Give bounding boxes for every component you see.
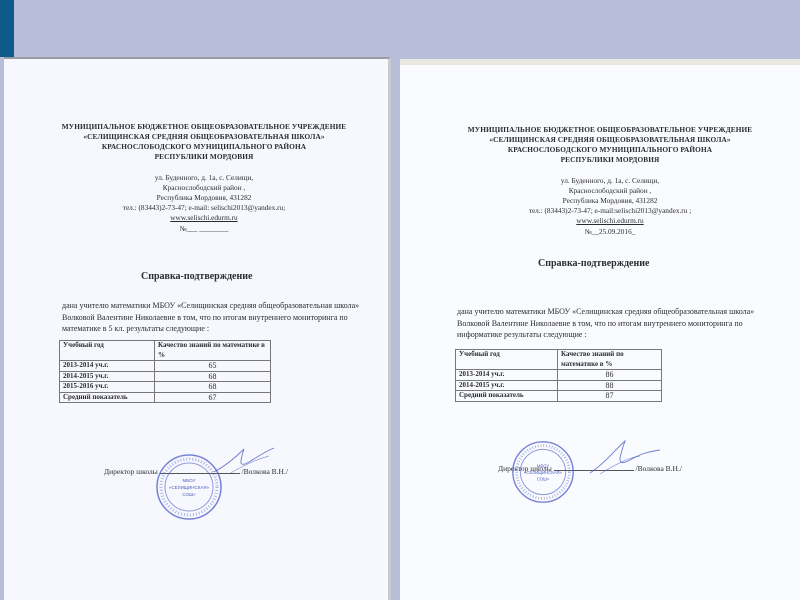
table-cell-value: 67 (155, 392, 271, 403)
table-row: 2014-2015 уч.г. 88 (456, 380, 662, 391)
table-cell-value: 68 (155, 382, 271, 393)
document-title: Справка-подтверждение (538, 258, 649, 269)
table-cell-value: 86 (558, 370, 662, 381)
table-row: 2014-2015 уч.г. 68 (60, 371, 271, 382)
document-body: дана учителю математики МБОУ «Селищинска… (62, 300, 382, 335)
table-cell-year: 2013-2014 уч.г. (60, 361, 155, 372)
table-row: Средний показатель 87 (456, 391, 662, 402)
institution-header: МУНИЦИПАЛЬНОЕ БЮДЖЕТНОЕ ОБЩЕОБРАЗОВАТЕЛЬ… (44, 122, 364, 162)
address-line: Краснослободский район , (44, 183, 364, 193)
header-line: РЕСПУБЛИКИ МОРДОВИЯ (44, 152, 364, 162)
table-cell-year: 2014-2015 уч.г. (456, 380, 558, 391)
table-cell-value: 65 (155, 361, 271, 372)
table-row: Средний показатель 67 (60, 392, 271, 403)
svg-text:МБОУ: МБОУ (537, 463, 549, 468)
address-line: ул. Буденного, д. 1а, с. Селищи, (44, 173, 364, 183)
handwritten-signature-icon (209, 444, 279, 479)
svg-text:МБОУ: МБОУ (183, 478, 196, 483)
address-line: Республика Мордовия, 431282 (450, 196, 770, 206)
svg-text:СОШ»: СОШ» (182, 492, 196, 497)
document-number: №___ ________ (44, 224, 364, 234)
address-line: тел.: (83443)2-73-47; e-mail:selischi201… (450, 206, 770, 216)
address-line: тел.: (83443)2-73-47; e-mail: selischi20… (44, 203, 364, 213)
table-cell-value: 88 (558, 380, 662, 391)
header-line: РЕСПУБЛИКИ МОРДОВИЯ (450, 155, 770, 165)
header-line: МУНИЦИПАЛЬНОЕ БЮДЖЕТНОЕ ОБЩЕОБРАЗОВАТЕЛЬ… (44, 122, 364, 132)
results-table: Учебный год Качество знаний по математик… (455, 349, 662, 402)
handwritten-signature-icon (585, 438, 665, 478)
table-header: Качество знаний по математике в % (558, 350, 662, 370)
table-header-row: Учебный год Качество знаний по математик… (60, 341, 271, 361)
table-cell-year: 2015-2016 уч.г. (60, 382, 155, 393)
header-line: МУНИЦИПАЛЬНОЕ БЮДЖЕТНОЕ ОБЩЕОБРАЗОВАТЕЛЬ… (450, 125, 770, 135)
institution-address: ул. Буденного, д. 1а, с. Селищи, Краснос… (450, 176, 770, 237)
table-header: Учебный год (60, 341, 155, 361)
document-title: Справка-подтверждение (141, 271, 252, 282)
table-header: Учебный год (456, 350, 558, 370)
header-line: «СЕЛИЩИНСКАЯ СРЕДНЯЯ ОБЩЕОБРАЗОВАТЕЛЬНАЯ… (44, 132, 364, 142)
website-link[interactable]: www.selischi.edurm.ru (44, 213, 364, 223)
header-line: «СЕЛИЩИНСКАЯ СРЕДНЯЯ ОБЩЕОБРАЗОВАТЕЛЬНАЯ… (450, 135, 770, 145)
document-body: дана учителю математики МБОУ «Селищинска… (457, 306, 777, 341)
address-line: ул. Буденного, д. 1а, с. Селищи, (450, 176, 770, 186)
table-header-row: Учебный год Качество знаний по математик… (456, 350, 662, 370)
institution-header: МУНИЦИПАЛЬНОЕ БЮДЖЕТНОЕ ОБЩЕОБРАЗОВАТЕЛЬ… (450, 125, 770, 165)
table-cell-year: Средний показатель (456, 391, 558, 402)
address-line: Краснослободский район , (450, 186, 770, 196)
table-row: 2013-2014 уч.г. 86 (456, 370, 662, 381)
accent-strip (0, 0, 14, 57)
table-row: 2015-2016 уч.г. 68 (60, 382, 271, 393)
document-number: №__25.09.2016_ (450, 227, 770, 237)
header-line: КРАСНОСЛОБОДСКОГО МУНИЦИПАЛЬНОГО РАЙОНА (450, 145, 770, 155)
table-cell-value: 68 (155, 371, 271, 382)
header-line: КРАСНОСЛОБОДСКОГО МУНИЦИПАЛЬНОГО РАЙОНА (44, 142, 364, 152)
results-table: Учебный год Качество знаний по математик… (59, 340, 271, 403)
document-page-left: МУНИЦИПАЛЬНОЕ БЮДЖЕТНОЕ ОБЩЕОБРАЗОВАТЕЛЬ… (4, 57, 391, 600)
signature-role: Директор школы (104, 467, 158, 476)
table-row: 2013-2014 уч.г. 65 (60, 361, 271, 372)
table-cell-year: 2014-2015 уч.г. (60, 371, 155, 382)
svg-text:«СЕЛИЩИНСКАЯ»: «СЕЛИЩИНСКАЯ» (169, 485, 210, 490)
address-line: Республика Мордовия, 431282 (44, 193, 364, 203)
school-stamp-icon: МБОУ «СЕЛИЩИНСКАЯ» СОШ» (510, 439, 576, 505)
svg-text:«СЕЛИЩИНСКАЯ»: «СЕЛИЩИНСКАЯ» (524, 470, 563, 475)
document-page-right: МУНИЦИПАЛЬНОЕ БЮДЖЕТНОЕ ОБЩЕОБРАЗОВАТЕЛЬ… (400, 59, 800, 600)
website-link[interactable]: www.selischi.edurm.ru (450, 216, 770, 226)
table-cell-value: 87 (558, 391, 662, 402)
table-header: Качество знаний по математике в % (155, 341, 271, 361)
svg-text:СОШ»: СОШ» (537, 476, 550, 481)
table-cell-year: 2013-2014 уч.г. (456, 370, 558, 381)
table-cell-year: Средний показатель (60, 392, 155, 403)
institution-address: ул. Буденного, д. 1а, с. Селищи, Краснос… (44, 173, 364, 234)
